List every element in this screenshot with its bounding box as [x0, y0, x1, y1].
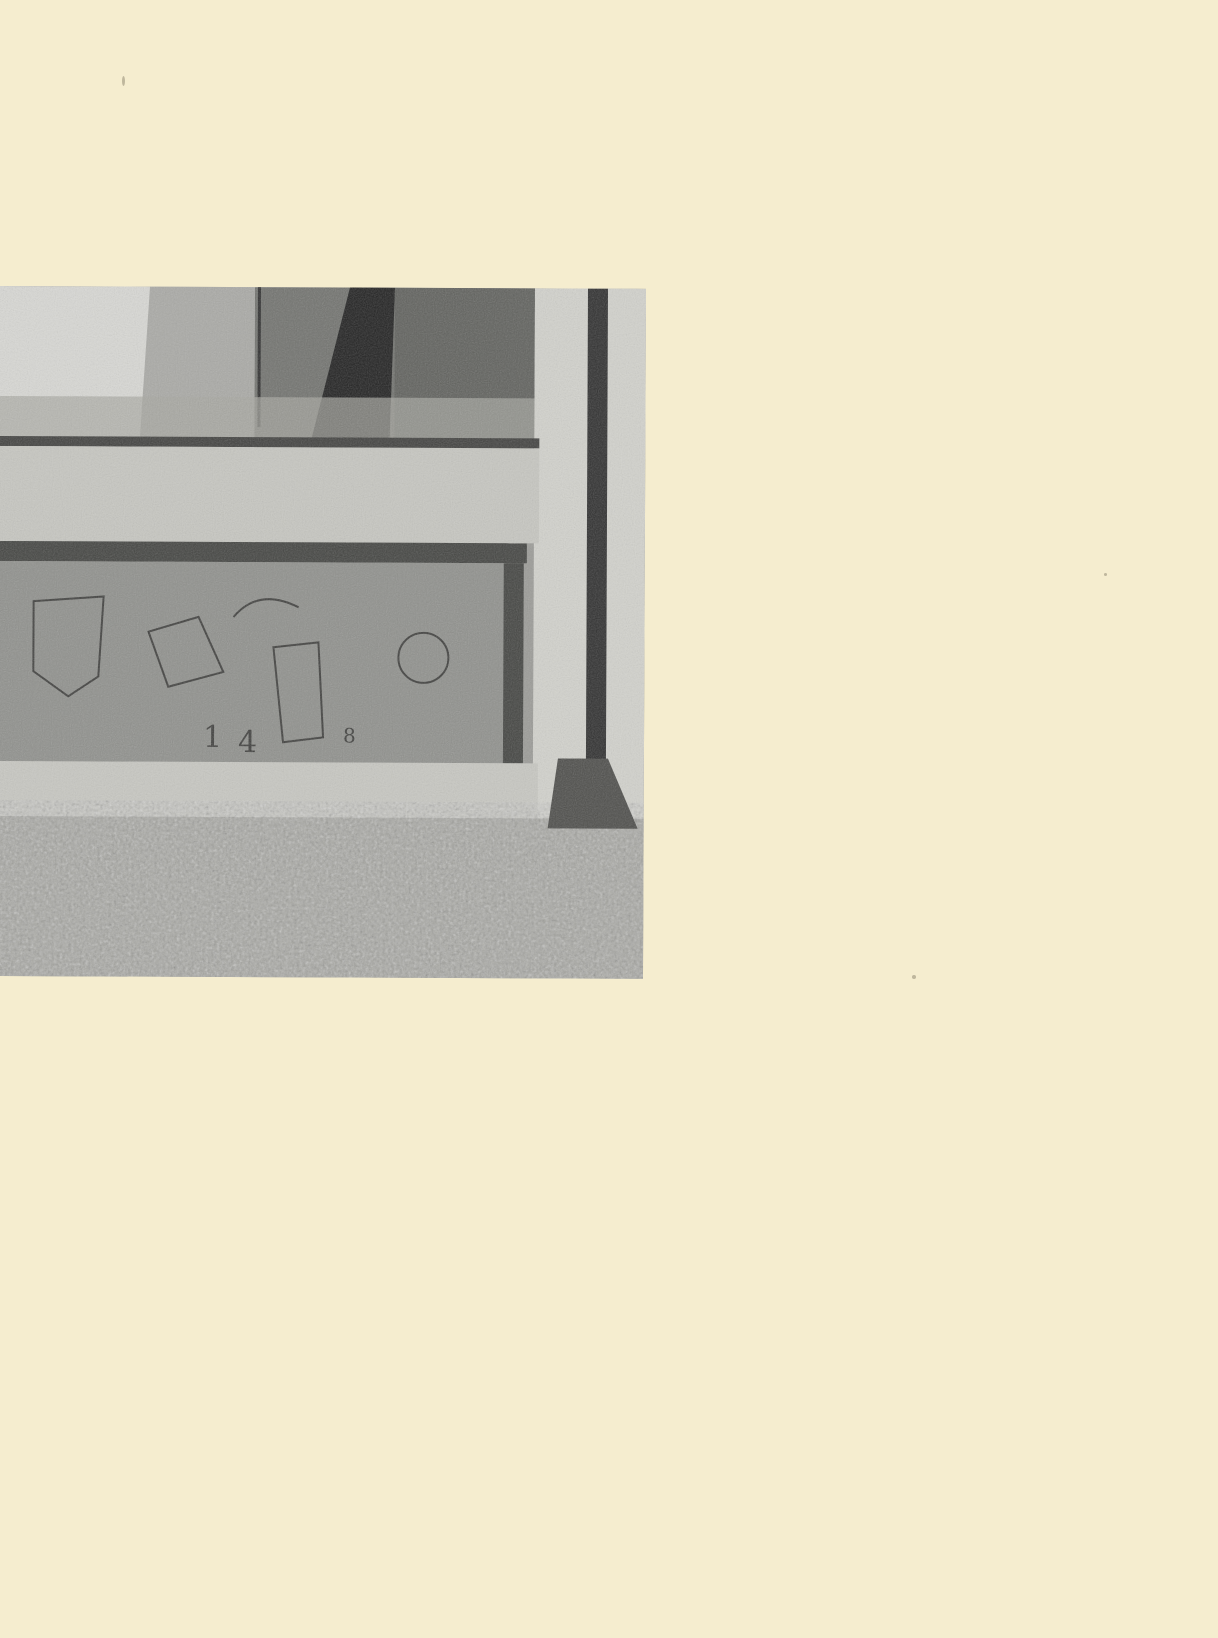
page-speck-edge	[1104, 573, 1107, 576]
photo-image: 1 4 8	[0, 286, 646, 979]
page-speck-top	[122, 76, 125, 86]
page-speck-right	[912, 975, 916, 979]
mounted-photograph: 1 4 8	[0, 286, 646, 979]
